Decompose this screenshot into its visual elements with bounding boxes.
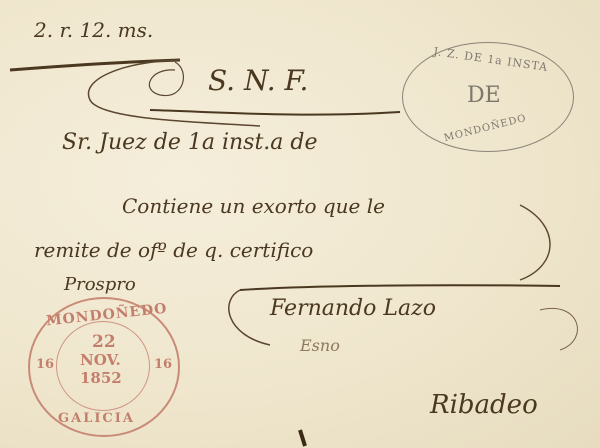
postmark-year: 1852 (80, 369, 122, 387)
postmark-left-number: 16 (36, 357, 54, 372)
postmark-day: 22 (92, 332, 116, 352)
postmark-right-number: 16 (154, 357, 172, 372)
oval-bottom-text: MONDOÑEDO (443, 113, 528, 144)
oval-handstamp: J. Z. DE 1a INSTA DE MONDOÑEDO (402, 42, 574, 152)
postmark-region: GALICIA (58, 411, 135, 426)
address-line-3: remite de ofº de q. certifico (34, 238, 313, 262)
signature: Fernando Lazo (270, 296, 436, 321)
signature-title: Esno (300, 336, 340, 355)
address-line-2: Contiene un exorto que le (122, 194, 385, 218)
oval-center-text: DE (467, 83, 501, 108)
postal-cover: 2. r. 12. ms. S. N. F. Sr. Juez de 1a in… (0, 0, 600, 448)
date-postmark: MONDOÑEDO 22 NOV. 1852 16 16 GALICIA (28, 297, 180, 437)
destination: Ribadeo (430, 390, 538, 420)
service-header: S. N. F. (208, 64, 308, 97)
address-line-4: Prospro (64, 274, 136, 295)
postmark-month: NOV. (80, 351, 121, 369)
oval-top-text: J. Z. DE 1a INSTA (433, 45, 549, 74)
address-line-1: Sr. Juez de 1a inst.a de (62, 130, 318, 155)
rate-note: 2. r. 12. ms. (34, 18, 153, 42)
